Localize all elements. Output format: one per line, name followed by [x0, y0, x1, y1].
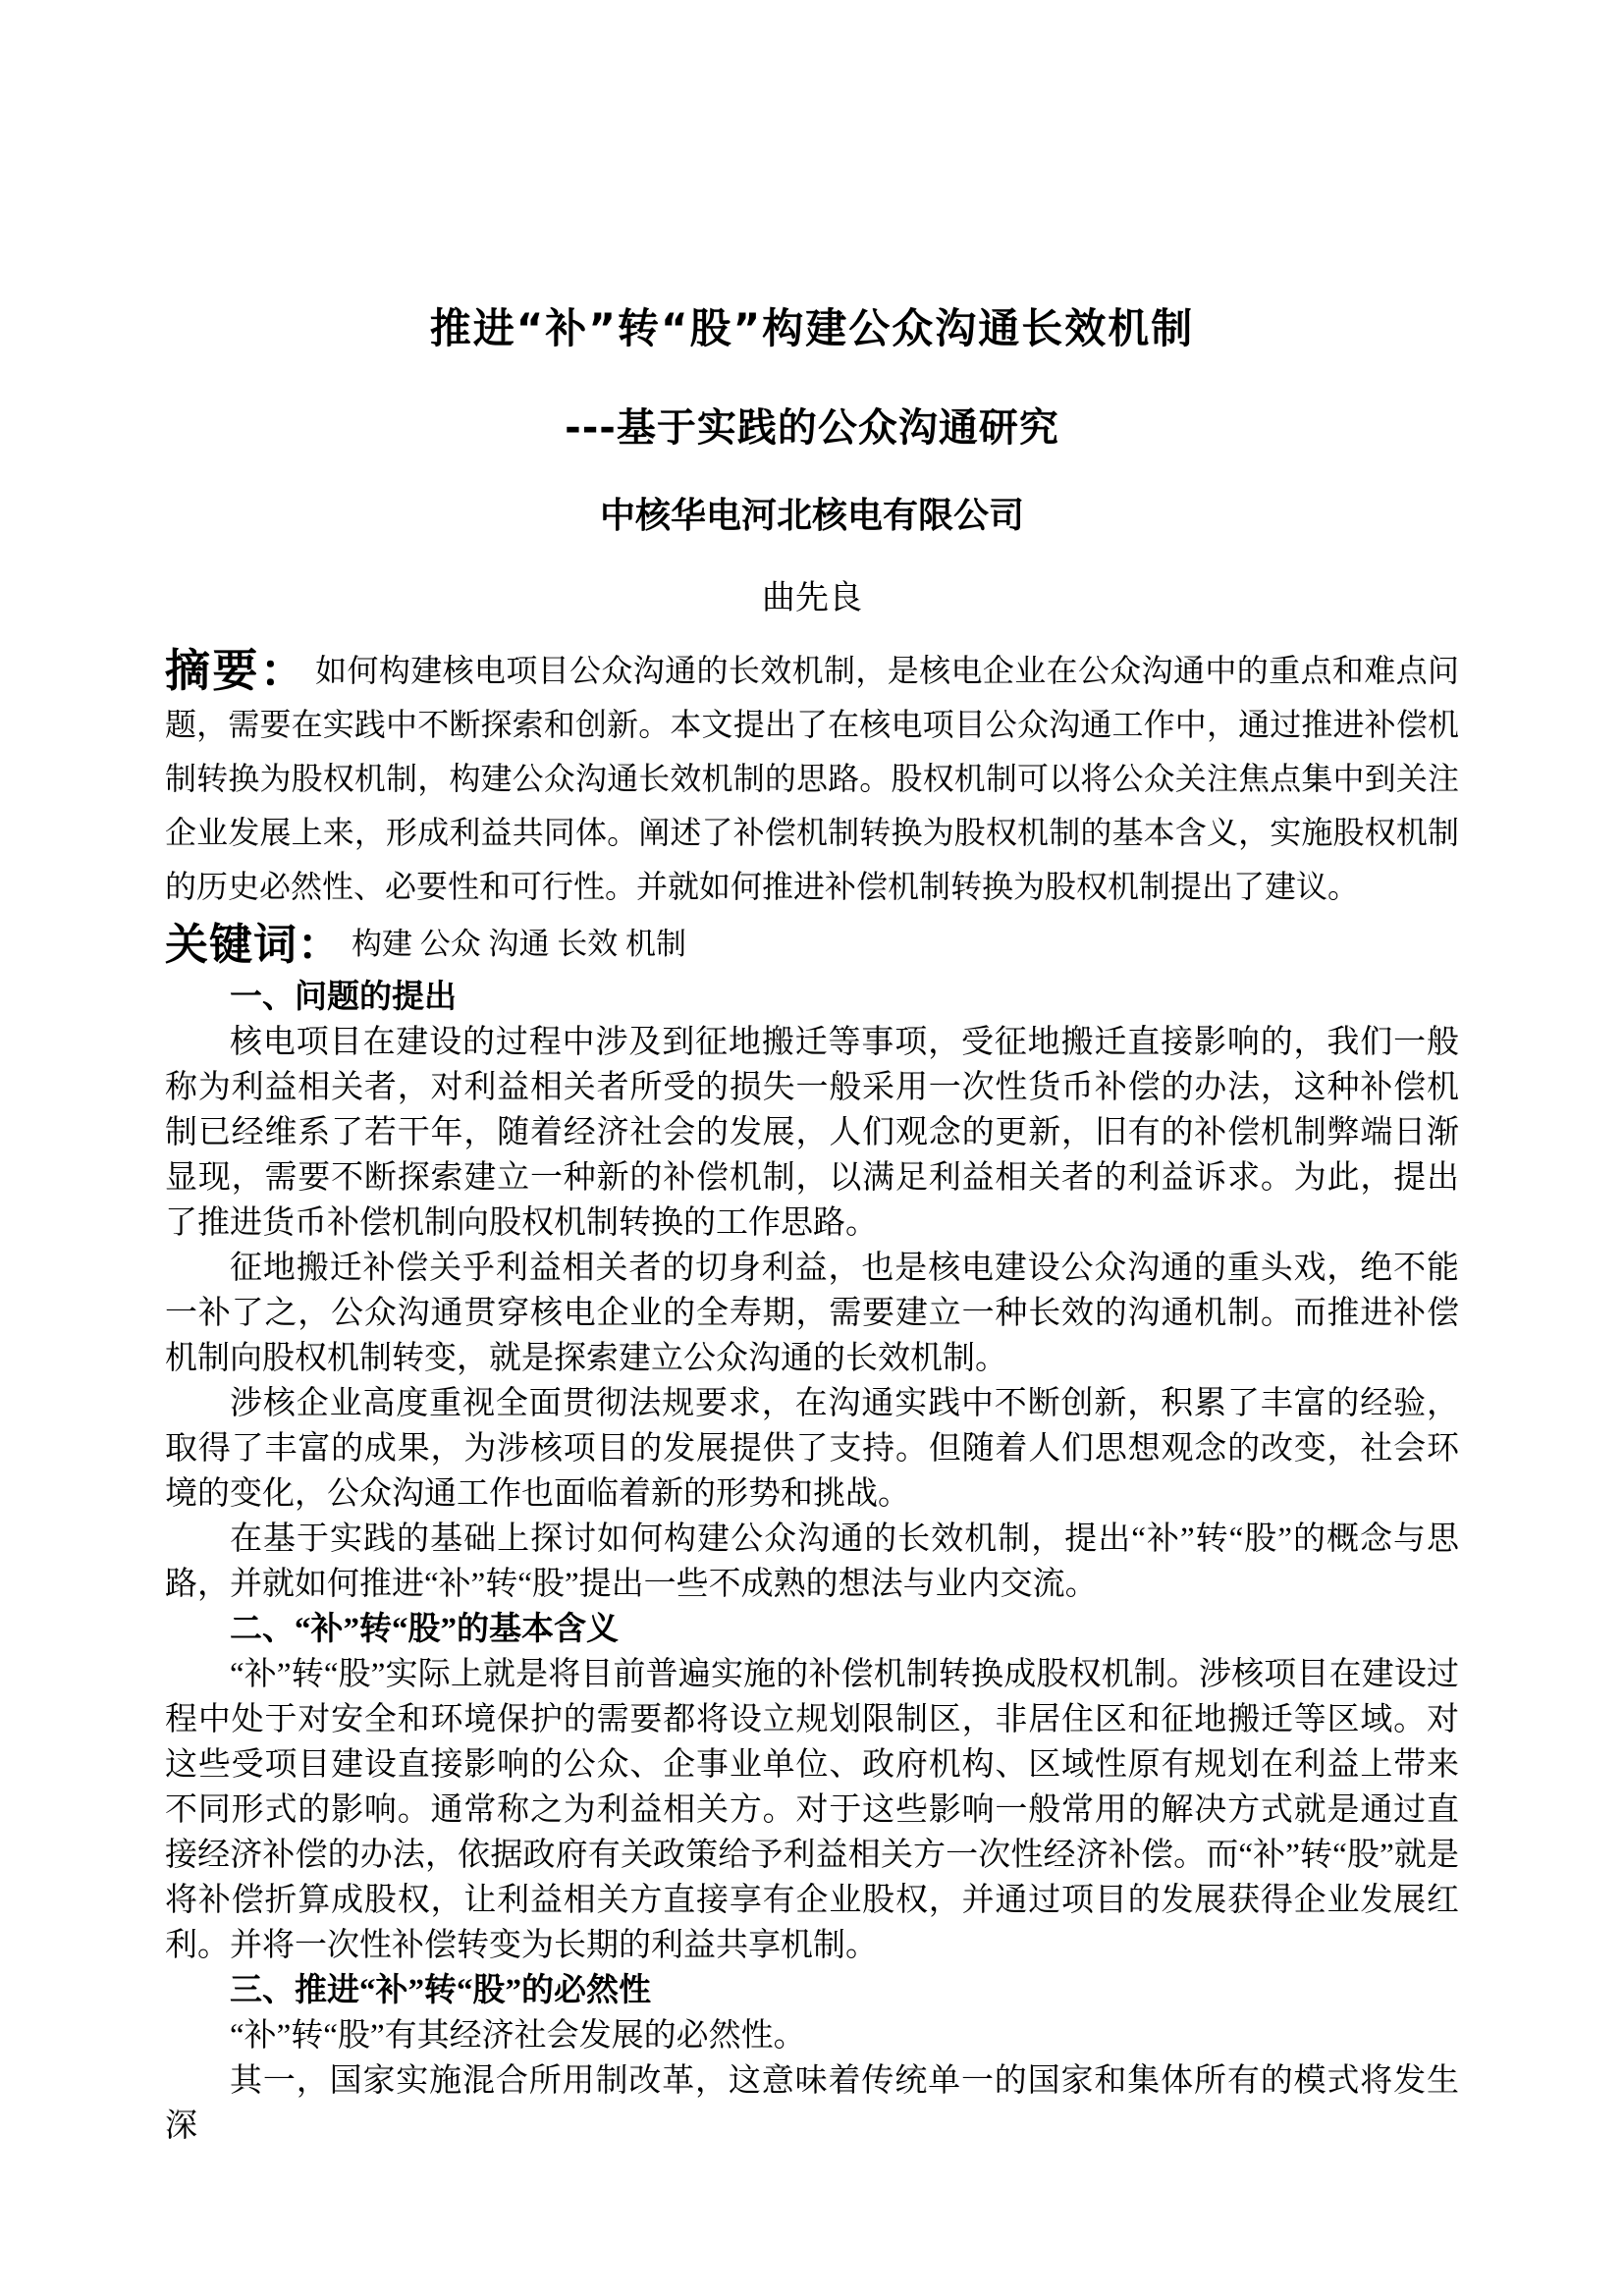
keywords-label: 关键词：	[165, 920, 352, 970]
body-paragraph: 其一，国家实施混合所用制改革，这意味着传统单一的国家和集体所有的模式将发生深	[165, 2058, 1459, 2149]
document-title: 推进“补”转“股”构建公众沟通长效机制	[165, 304, 1459, 353]
author-affiliation: 中核华电河北核电有限公司	[165, 495, 1459, 537]
abstract-label: 摘要：	[165, 644, 315, 697]
section-heading: 二、“补”转“股”的基本含义	[165, 1607, 1459, 1652]
document-page: 推进“补”转“股”构建公众沟通长效机制 ---基于实践的公众沟通研究 中核华电河…	[0, 0, 1624, 2296]
body-paragraph: “补”转“股”实际上就是将目前普遍实施的补偿机制转换成股权机制。涉核项目在建设过…	[165, 1652, 1459, 1968]
body-paragraph: 涉核企业高度重视全面贯彻法规要求，在沟通实践中不断创新，积累了丰富的经验，取得了…	[165, 1381, 1459, 1517]
body-paragraph: “补”转“股”有其经济社会发展的必然性。	[165, 2013, 1459, 2058]
keywords-line: 关键词：构建 公众 沟通 长效 机制	[165, 914, 1459, 975]
document-subtitle: ---基于实践的公众沟通研究	[165, 404, 1459, 452]
abstract-paragraph: 摘要：如何构建核电项目公众沟通的长效机制，是核电企业在公众沟通中的重点和难点问题…	[165, 644, 1459, 914]
section-inevitability: 三、推进“补”转“股”的必然性 “补”转“股”有其经济社会发展的必然性。 其一，…	[165, 1968, 1459, 2149]
body-paragraph: 征地搬迁补偿关乎利益相关者的切身利益，也是核电建设公众沟通的重头戏，绝不能一补了…	[165, 1246, 1459, 1381]
section-problem-statement: 一、问题的提出 核电项目在建设的过程中涉及到征地搬迁等事项，受征地搬迁直接影响的…	[165, 975, 1459, 1607]
author-name: 曲先良	[165, 578, 1459, 618]
section-basic-meaning: 二、“补”转“股”的基本含义 “补”转“股”实际上就是将目前普遍实施的补偿机制转…	[165, 1607, 1459, 1968]
abstract-text: 如何构建核电项目公众沟通的长效机制，是核电企业在公众沟通中的重点和难点问题，需要…	[165, 653, 1459, 904]
body-paragraph: 核电项目在建设的过程中涉及到征地搬迁等事项，受征地搬迁直接影响的，我们一般称为利…	[165, 1020, 1459, 1246]
body-paragraph: 在基于实践的基础上探讨如何构建公众沟通的长效机制，提出“补”转“股”的概念与思路…	[165, 1517, 1459, 1607]
section-heading: 三、推进“补”转“股”的必然性	[165, 1968, 1459, 2013]
section-heading: 一、问题的提出	[165, 975, 1459, 1020]
keywords-text: 构建 公众 沟通 长效 机制	[352, 927, 686, 961]
